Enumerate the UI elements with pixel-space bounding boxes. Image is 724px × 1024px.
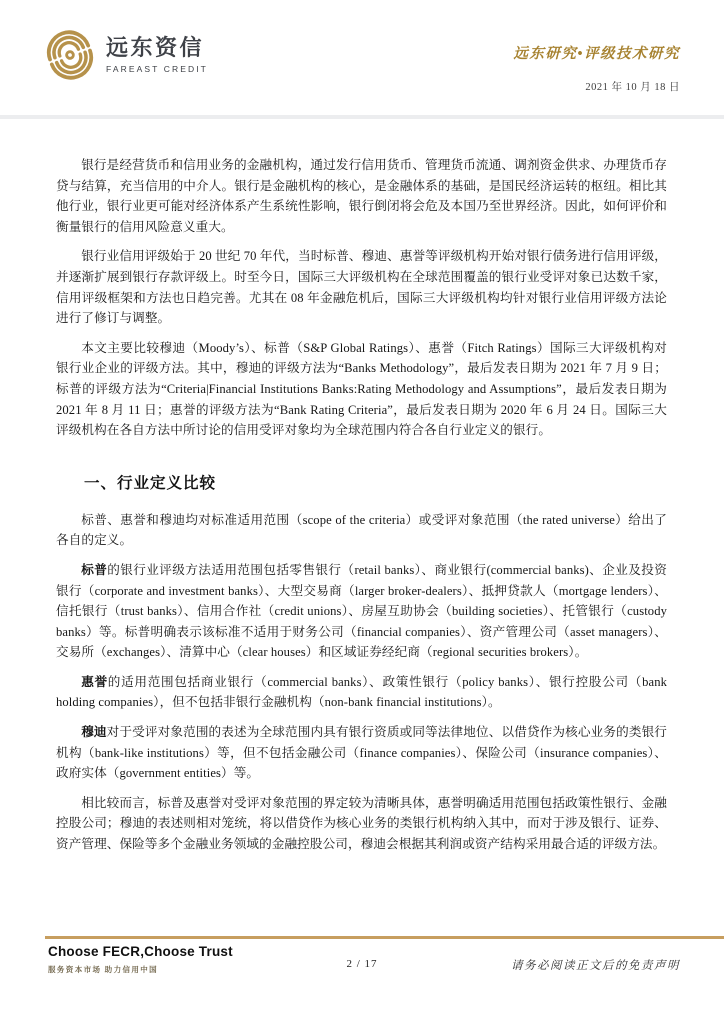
paragraph: 本文主要比较穆迪（Moody’s）、标普（S&P Global Ratings）… (56, 338, 667, 441)
paragraph-text: 银行业信用评级始于 20 世纪 70 年代，当时标普、穆迪、惠誉等评级机构开始对… (56, 249, 667, 325)
paragraph-lead: 穆迪 (81, 725, 106, 739)
paragraph-text: 的适用范围包括商业银行（commercial banks）、政策性银行（poli… (56, 675, 667, 710)
paragraph-text: 对于受评对象范围的表述为全球范围内具有银行资质或同等法律地位、以借贷作为核心业务… (56, 725, 667, 780)
section-heading: 一、行业定义比较 (56, 471, 667, 493)
paragraph-lead: 标普 (81, 563, 107, 577)
page-header: 远东资信 FAREAST CREDIT 远东研究•评级技术研究 2021 年 1… (0, 0, 724, 96)
paragraph-text: 银行是经营货币和信用业务的金融机构，通过发行信用货币、管理货币流通、调剂资金供求… (56, 158, 667, 234)
paragraph: 银行业信用评级始于 20 世纪 70 年代，当时标普、穆迪、惠誉等评级机构开始对… (56, 246, 667, 328)
paragraph: 标普的银行业评级方法适用范围包括零售银行（retail banks）、商业银行(… (56, 560, 667, 663)
paragraph-text: 标普、惠誉和穆迪均对标准适用范围（scope of the criteria）或… (56, 513, 667, 548)
brand-text: 远东资信 FAREAST CREDIT (106, 36, 208, 73)
header-right: 远东研究•评级技术研究 2021 年 10 月 18 日 (513, 30, 680, 94)
paragraph-text: 本文主要比较穆迪（Moody’s）、标普（S&P Global Ratings）… (56, 341, 667, 437)
page-number: 2 / 17 (346, 958, 377, 970)
paragraph: 相比较而言，标普及惠誉对受评对象范围的界定较为清晰具体，惠誉明确适用范围包括政策… (56, 793, 667, 855)
footer-slogan-cn: 服务资本市场 助力信用中国 (48, 964, 233, 975)
paragraph-lead: 惠誉 (81, 675, 108, 689)
page-footer: Choose FECR,Choose Trust 服务资本市场 助力信用中国 2… (0, 936, 724, 1024)
brand-name-en: FAREAST CREDIT (106, 64, 208, 74)
footer-slogan-en: Choose FECR,Choose Trust (48, 944, 233, 959)
report-date: 2021 年 10 月 18 日 (513, 79, 680, 94)
footer-divider (45, 936, 724, 939)
brand-name-cn: 远东资信 (106, 36, 208, 60)
footer-disclaimer: 请务必阅读正文后的免责声明 (511, 957, 680, 973)
paragraph-text: 的银行业评级方法适用范围包括零售银行（retail banks）、商业银行(co… (56, 563, 667, 659)
paragraph: 银行是经营货币和信用业务的金融机构，通过发行信用货币、管理货币流通、调剂资金供求… (56, 155, 667, 237)
brand: 远东资信 FAREAST CREDIT (45, 30, 208, 80)
paragraph-text: 相比较而言，标普及惠誉对受评对象范围的界定较为清晰具体，惠誉明确适用范围包括政策… (56, 796, 667, 851)
document-page: 远东资信 FAREAST CREDIT 远东研究•评级技术研究 2021 年 1… (0, 0, 724, 1024)
fareast-swirl-icon (45, 30, 95, 80)
paragraph: 标普、惠誉和穆迪均对标准适用范围（scope of the criteria）或… (56, 510, 667, 551)
report-series-title: 远东研究•评级技术研究 (513, 42, 680, 63)
paragraph: 穆迪对于受评对象范围的表述为全球范围内具有银行资质或同等法律地位、以借贷作为核心… (56, 722, 667, 784)
footer-slogan: Choose FECR,Choose Trust 服务资本市场 助力信用中国 (48, 944, 233, 975)
report-body: 银行是经营货币和信用业务的金融机构，通过发行信用货币、管理货币流通、调剂资金供求… (0, 119, 724, 855)
paragraph: 惠誉的适用范围包括商业银行（commercial banks）、政策性银行（po… (56, 672, 667, 713)
